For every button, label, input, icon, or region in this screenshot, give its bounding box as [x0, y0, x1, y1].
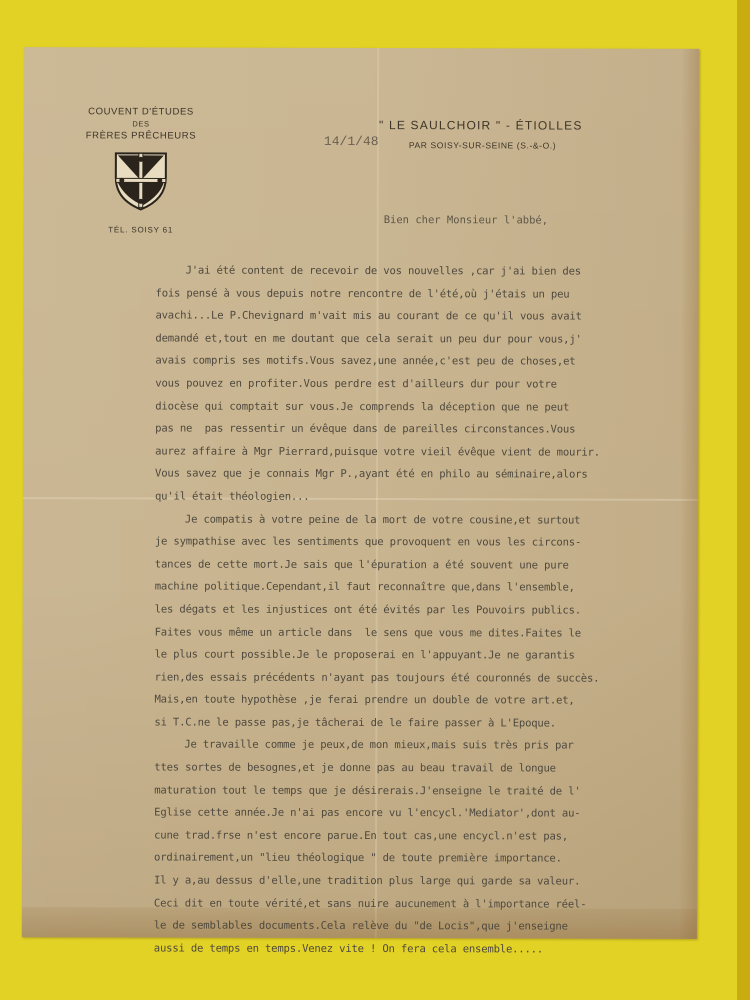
text-line: avais compris ses motifs.Vous savez,une …	[155, 350, 695, 374]
letter-body: J'ai été content de recevoir de vos nouv…	[154, 259, 696, 961]
text-line: aurez affaire à Mgr Pierrard,puisque vot…	[155, 440, 695, 464]
text-line: si T.C.ne le passe pas,je tâcherai de le…	[154, 711, 694, 735]
letterhead-title: " LE SAULCHOIR " - ÉTIOLLES	[379, 118, 583, 133]
order-name: FRÈRES PRÊCHEURS	[76, 129, 206, 143]
text-line: Ceci dit en toute vérité,et sans nuire a…	[154, 892, 694, 916]
convent-des: DES	[76, 119, 206, 129]
text-line: le de semblables documents.Cela relève d…	[154, 915, 694, 939]
text-line: Il y a,au dessus d'elle,une tradition pl…	[154, 869, 694, 893]
letterhead-address: PAR SOISY-SUR-SEINE (S.-&-O.)	[409, 140, 583, 150]
text-line: tances de cette mort.Je sais que l'épura…	[155, 553, 695, 577]
text-line: demandé et,tout en me doutant que cela s…	[155, 327, 695, 351]
text-line: qu'il était théologien...	[155, 485, 695, 509]
telephone: TÉL. SOISY 61	[76, 223, 206, 237]
text-line: je sympathise avec les sentiments que pr…	[155, 531, 695, 555]
text-line: cune trad.frse n'est encore parue.En tou…	[154, 824, 694, 848]
text-line: ttes sortes de besognes,et je donne pas …	[154, 757, 694, 781]
letter-date: 14/1/48	[324, 134, 379, 149]
text-line: Je travaille comme je peux,de mon mieux,…	[154, 734, 694, 758]
dominican-shield-icon	[114, 151, 168, 211]
letter-paper: COUVENT D'ÉTUDES DES FRÈRES PRÊCHEURS TÉ…	[22, 47, 699, 939]
text-line: Eglise cette année.Je n'ai pas encore vu…	[154, 802, 694, 826]
text-line: aussi de temps en temps.Venez vite ! On …	[154, 937, 694, 961]
salutation: Bien cher Monsieur l'abbé,	[384, 214, 548, 226]
text-line: les dégats et les injustices ont été évi…	[155, 598, 695, 622]
text-line: machine politique.Cependant,il faut reco…	[155, 576, 695, 600]
text-line: pas ne pas ressentir un évêque dans de p…	[155, 418, 695, 442]
text-line: diocèse qui comptait sur vous.Je compren…	[155, 395, 695, 419]
text-line: le plus court possible.Je le proposerai …	[155, 644, 695, 668]
letterhead-right: " LE SAULCHOIR " - ÉTIOLLES PAR SOISY-SU…	[379, 118, 583, 151]
convent-name: COUVENT D'ÉTUDES	[76, 105, 206, 119]
text-line: J'ai été content de recevoir de vos nouv…	[156, 259, 696, 283]
text-line: maturation tout le temps que je désirera…	[154, 779, 694, 803]
text-line: fois pensé à vous depuis notre rencontre…	[155, 282, 695, 306]
text-line: avachi...Le P.Chevignard m'vait mis au c…	[155, 305, 695, 329]
text-line: ordinairement,un "lieu théologique " de …	[154, 847, 694, 871]
text-line: vous pouvez en profiter.Vous perdre est …	[155, 372, 695, 396]
text-line: rien,des essais précédents n'ayant pas t…	[154, 666, 694, 690]
letterhead-left: COUVENT D'ÉTUDES DES FRÈRES PRÊCHEURS TÉ…	[76, 105, 206, 237]
text-line: Je compatis à votre peine de la mort de …	[155, 508, 695, 532]
text-line: Mais,en toute hypothèse ,je ferai prendr…	[154, 689, 694, 713]
text-line: Vous savez que je connais Mgr P.,ayant é…	[155, 463, 695, 487]
text-line: Faites vous même un article dans le sens…	[155, 621, 695, 645]
background-shadow	[737, 0, 750, 1000]
